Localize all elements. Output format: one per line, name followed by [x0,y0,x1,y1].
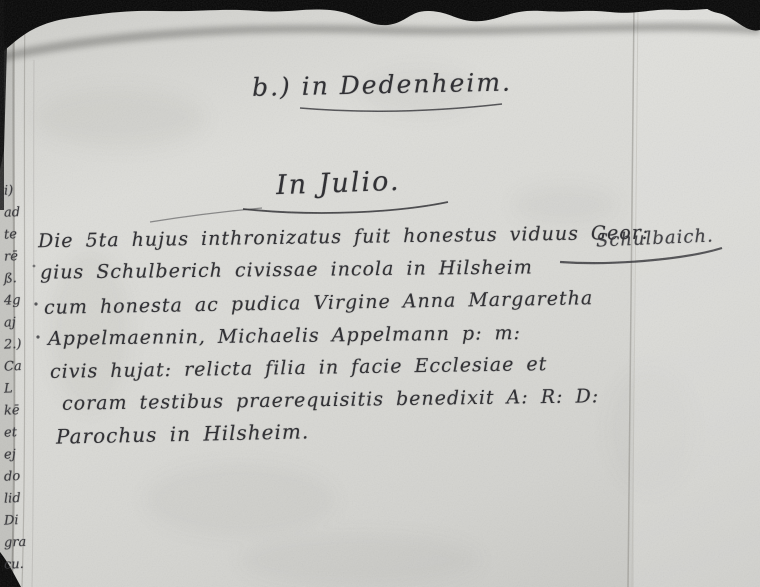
edge-fragment: 2.) [4,336,39,352]
edge-fragment: rē [4,248,39,264]
marriage-entry: Die 5ta hujus inthronizatus fuit honestu… [0,0,760,587]
edge-fragment: ej [4,446,39,462]
edge-fragment: gra [4,534,39,550]
left-page-edge-text: i) ad te rē ß. 4g aj 2.) Ca L kē et ej d… [4,183,38,572]
edge-fragment: lid [4,490,39,506]
edge-fragment: aj [4,314,39,330]
manuscript-line: Die 5ta hujus inthronizatus fuit honestu… [38,222,650,253]
manuscript-line: Appelmaennin, Michaelis Appelmann p: m: [48,322,521,350]
manuscript-line: Parochus in Hilsheim. [56,419,310,448]
edge-fragment: cu. [4,556,39,572]
edge-fragment: et [4,424,39,440]
manuscript-line: cum honesta ac pudica Virgine Anna Marga… [44,287,594,319]
edge-fragment: ad [4,204,39,220]
edge-fragment: 4g [4,292,39,308]
manuscript-line: coram testibus praerequisitis benedixit … [62,385,599,414]
edge-fragment: do [4,468,39,484]
manuscript-line: gius Schulberich civissae incola in Hils… [40,256,533,283]
edge-fragment: kē [4,402,39,418]
edge-fragment: L [4,380,39,396]
edge-fragment: Di [4,512,39,528]
manuscript-scan: b.) in Dedenheim. In Julio. Schulbaich. … [0,0,760,587]
edge-fragment: ß. [4,270,39,286]
edge-fragment: Ca [4,358,39,374]
edge-fragment: i) [4,182,39,198]
manuscript-line: civis hujat: relicta filia in facie Eccl… [50,353,548,383]
edge-fragment: te [4,226,39,242]
